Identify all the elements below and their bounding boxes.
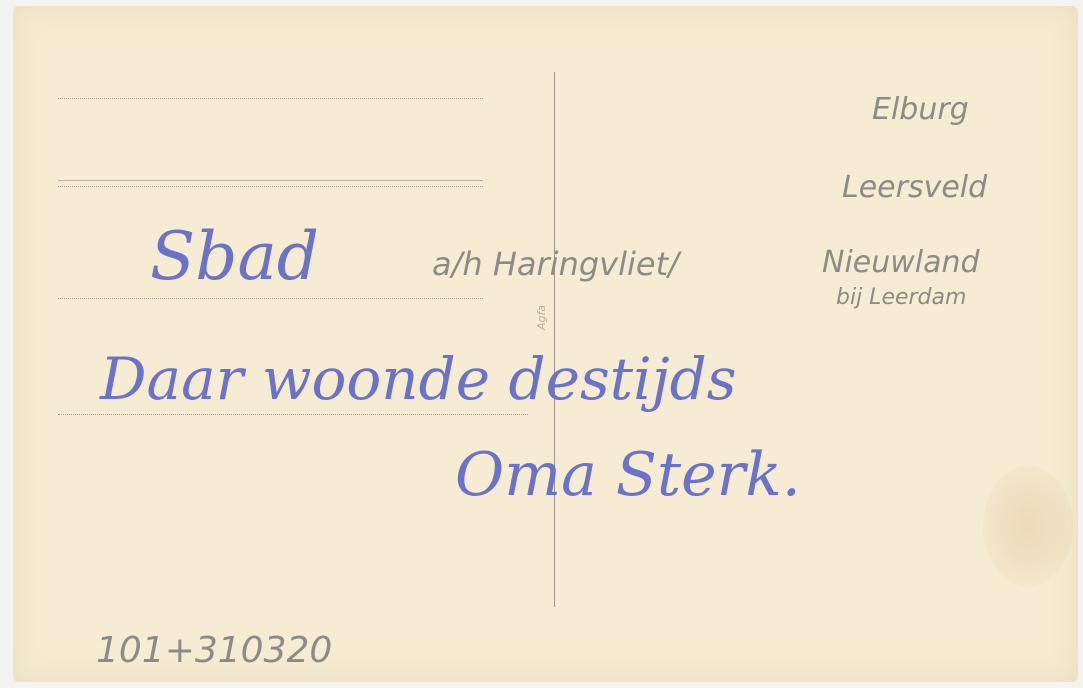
address-line-3 xyxy=(58,186,483,187)
pen-text-line-2: Daar woonde destijds xyxy=(100,345,737,413)
paper-stain xyxy=(983,466,1073,586)
address-line-2 xyxy=(58,180,483,181)
agfa-printed-mark: Agfa xyxy=(535,305,548,330)
pen-text-sbad: Sbad xyxy=(150,218,319,295)
catalog-number: 101+310320 xyxy=(96,630,332,671)
pen-text-line-3: Oma Sterk. xyxy=(455,440,801,510)
address-line-4 xyxy=(58,298,483,299)
pencil-note-haringvliet: a/h Haringvliet/ xyxy=(432,245,679,283)
pencil-note-elburg: Elburg xyxy=(872,92,969,127)
pencil-note-leerdam: bij Leerdam xyxy=(836,285,966,310)
center-divider xyxy=(554,72,555,607)
pencil-note-leersveld: Leersveld xyxy=(842,170,987,205)
address-line-5 xyxy=(58,414,528,415)
address-line-1 xyxy=(58,98,483,99)
pencil-note-nieuwland: Nieuwland xyxy=(822,245,980,280)
